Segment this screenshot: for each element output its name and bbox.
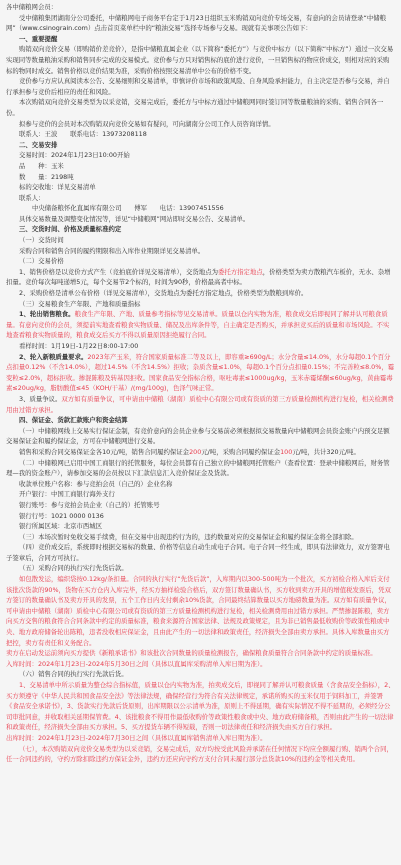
bank-region: 银行所属区域：北京市西城区 xyxy=(6,521,395,532)
breach-terms: （七），本次购销双向竞价交易类型为以采竞销，交易完成后，双方均按受此风险并承诺在… xyxy=(6,744,395,765)
s1-paragraph-3: 本次购销双向竞价交易类型为以采竞销，交易完成后，委托方与中标方通过中储粮网同时签… xyxy=(6,97,395,118)
section-2-title: 二、交易安排 xyxy=(6,140,395,151)
s3-sub3: （三）交易粮食生产年限、产地和质量指标 xyxy=(6,299,395,310)
s4-paragraph-4: （三）本场次暂时免收交易手续费，但在交易中出现违约行为的，违约数量对应的交易保证… xyxy=(6,532,395,543)
s4-deposit: 销售和采购合同交易保证金各10元/吨，销售合同履约保证金200元/吨，采购合同履… xyxy=(6,447,395,458)
quality-3: 3、质量争议。双方如有质量争议，可申请由中储粮（湖南）质检中心有限公司或有资质的… xyxy=(6,394,395,415)
deposit-sale-amount: 200 xyxy=(189,448,201,456)
quality-2-label: 2、轮入新粮质量要求。 xyxy=(19,353,87,361)
sales-terms: 1、交易清单中所示质量为整仓综合指标值，质量以仓内实物为准，拍卖成交后，即视同了… xyxy=(6,680,395,733)
deposit-text-b: 元/吨，采购合同履约保证金 xyxy=(201,448,280,456)
price-2: 2、采购价格是清单公布价格（详见交易清单），交货地点为委托方指定地点，价格类型为… xyxy=(6,288,395,299)
s3-sub1: （一）交货时间 xyxy=(6,235,395,246)
variety: 品 种：玉米 xyxy=(6,161,395,172)
account-name: 收款单位账户名称：参与竞拍会员（自己的）企业名称 xyxy=(6,479,395,490)
quantity: 数 量：2198吨 xyxy=(6,172,395,183)
trade-time: 交易时间：2024年1月23日10:00开始 xyxy=(6,150,395,161)
s1-paragraph-1: 购销双向竞价交易（即购销价差竞价），是指中储粮直属企业（以下简称“委托方”）与竞… xyxy=(6,44,395,76)
delivery-location: 标的交收地：详见交易清单 xyxy=(6,182,395,193)
s3-sub1-text: 采购合同和销售合同的履约期限和出入库作业期限详见交易清单。 xyxy=(6,246,395,257)
greeting: 各中储粮网会员： xyxy=(6,2,395,13)
deposit-purchase-amount: 100 xyxy=(280,448,292,456)
s4-paragraph-7: （六）销售合同的执行实行先款后货。 xyxy=(6,669,395,680)
quality-2: 2、轮入新粮质量要求。2023年产玉米，符合国家质量标准二等及以上，即容重≥69… xyxy=(6,352,395,394)
price-1-highlight: 委托方指定地点 xyxy=(218,268,263,276)
s4-paragraph-1: （一）中储粮网线上交易实行保证金制，有竞价意向的会员企业参与交易前必须根据拟交易… xyxy=(6,426,395,447)
bank-code: 银行行号：1021 0000 0136 xyxy=(6,511,395,522)
purchase-terms: 如包散发运，编织袋按0.12kg/条扣量。合同的执行实行“先货后款”，入库期内以… xyxy=(6,574,395,648)
quality-1: 1、轮出销售粮食。粮食生产年限、产地、质量参考指标等见交易清单。质量以仓内实物为… xyxy=(6,309,395,341)
announcement-document: 各中储粮网会员： 受中储粮集团湖南分公司委托，中储粮网电子商务平台定于1月23日… xyxy=(0,0,401,765)
s4-paragraph-6: （五）采购合同的执行实行先货后款。 xyxy=(6,563,395,574)
deposit-text-a: 销售和采购合同交易保证金各10元/吨，销售合同履约保证金 xyxy=(19,448,189,456)
s2-note: 具体交易数量及调整变化情况等，详见“中储粮网”网站即时交易公告、交易清单。 xyxy=(6,214,395,225)
intro-paragraph: 受中储粮集团湖南分公司委托，中储粮网电子商务平台定于1月23日组织玉米购销双向竞… xyxy=(6,13,395,34)
s4-paragraph-5: （四）竞价成交后，系统即时根据交易标的数量、价格等信息自动生成电子合同。电子合同… xyxy=(6,542,395,563)
contact-label: 联系人： xyxy=(6,193,395,204)
s1-contact: 联系人：王波 联系电话：13973208118 xyxy=(6,129,395,140)
deposit-text-c: 元/吨，共计320元/吨。 xyxy=(292,448,360,456)
s4-paragraph-3: （二）中储粮网已启用中国工商银行的托管服务，每位会员都有自己独立的中储粮网托管账… xyxy=(6,458,395,479)
section-3-title: 三、交货时间、价格及质量标准约定 xyxy=(6,224,395,235)
section-1-title: 一、重要提醒 xyxy=(6,34,395,45)
viewing-time: 看样时间：1月19日-1月22日8:00-17:00 xyxy=(6,341,395,352)
inbound-time: 入库时间：2024年1月23日-2024年5月30日之间（具体以直属库采购清单入… xyxy=(6,659,395,670)
price-1-text: 1、销售价格是以竞价方式产生（竞拍底价详见交易清单），交货地点为 xyxy=(19,268,218,276)
outbound-time: 出库时间：2024年1月23日-2024年7月30日之间（具体以直属库销售清单入… xyxy=(6,733,395,744)
quality-3-label: 3、质量争议。 xyxy=(19,395,61,403)
price-1: 1、销售价格是以竞价方式产生（竞拍底价详见交易清单），交货地点为委托方指定地点，… xyxy=(6,267,395,288)
s3-sub2: （二）交易价格 xyxy=(6,256,395,267)
quality-1-label: 1、轮出销售粮食。 xyxy=(19,310,75,318)
s1-paragraph-4: 拟参与竞价的会员对本次购销双向竞价交易如有疑问，可向湖南分公司工作人员咨询详情。 xyxy=(6,119,395,130)
bank-name: 开户银行：中国工商银行海外支行 xyxy=(6,489,395,500)
s1-paragraph-2: 竞价参与方应认真阅读本公告、交易细则和交易清单，审慎评价市场和政策风险、自身风险… xyxy=(6,76,395,97)
quality-3-text: 双方如有质量争议，可申请由中储粮（湖南）质检中心有限公司或有资质的第三方质量检测… xyxy=(6,395,394,414)
contact-line: 中央储备粮怀化直属库有限公司 傅军 电话：13907451556 xyxy=(6,203,395,214)
account-number: 银行账号：参与竞拍会员企业（自己的）托管账号 xyxy=(6,500,395,511)
section-4-title: 四、保证金、货款汇款账户和资金结算 xyxy=(6,415,395,426)
seller-commitment: 卖方在启动发运前须向买方提供《新粮承诺书》和该批次合同数量的质量检测报告，确保粮… xyxy=(6,648,395,659)
